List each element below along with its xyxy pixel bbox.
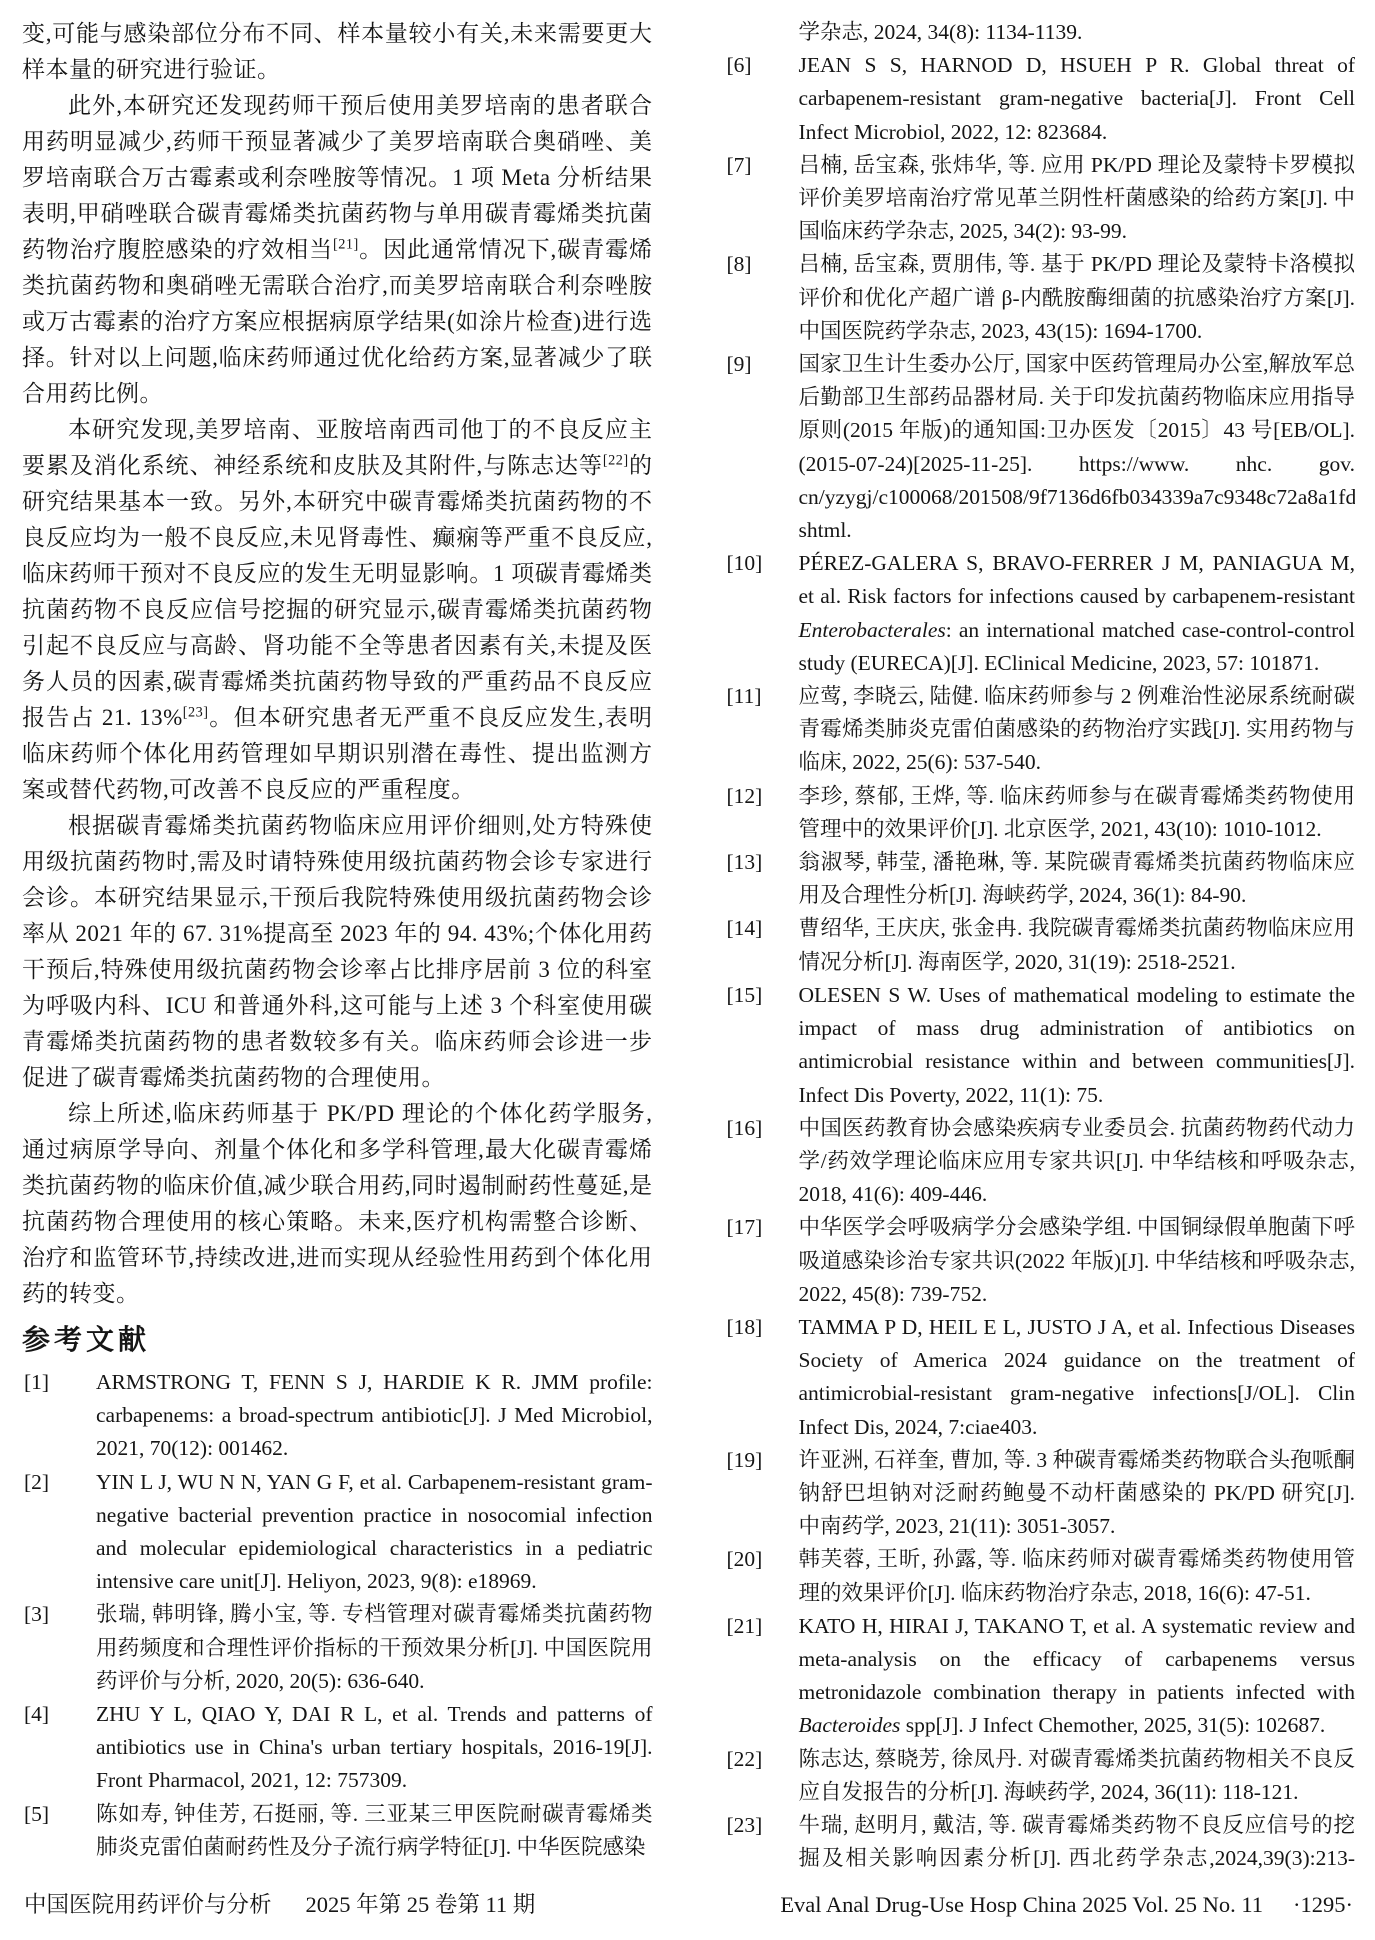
body-paragraph: 根据碳青霉烯类抗菌药物临床应用评价细则,处方特殊使用级抗菌药物时,需及时请特殊使…	[22, 808, 653, 1096]
reference-number: [18]	[727, 1311, 763, 1344]
reference-number: [3]	[24, 1598, 49, 1631]
two-column-layout: 变,可能与感染部位分布不同、样本量较小有关,未来需要更大样本量的研究进行验证。此…	[22, 16, 1355, 1876]
reference-item: [19]许亚洲, 石祥奎, 曹加, 等. 3 种碳青霉烯类药物联合头孢哌酮钠舒巴…	[725, 1444, 1356, 1544]
reference-number: [1]	[24, 1366, 49, 1399]
reference-number: [2]	[24, 1466, 49, 1499]
reference-number: [7]	[727, 149, 752, 182]
reference-item: [2]YIN L J, WU N N, YAN G F, et al. Carb…	[22, 1466, 653, 1599]
reference-item: [10]PÉREZ-GALERA S, BRAVO-FERRER J M, PA…	[725, 547, 1356, 680]
reference-continuation-line: 学杂志, 2024, 34(8): 1134-1139.	[725, 16, 1356, 49]
footer-right: Eval Anal Drug-Use Hosp China 2025 Vol. …	[780, 1890, 1353, 1920]
reference-item: [11]应莺, 李晓云, 陆健. 临床药师参与 2 例难治性泌尿系统耐碳青霉烯类…	[725, 680, 1356, 780]
reference-number: [9]	[727, 348, 752, 381]
reference-number: [17]	[727, 1211, 763, 1244]
reference-number: [21]	[727, 1610, 763, 1643]
discussion-paragraphs: 变,可能与感染部位分布不同、样本量较小有关,未来需要更大样本量的研究进行验证。此…	[22, 16, 653, 1312]
reference-item: [16]中国医药教育协会感染疾病专业委员会. 抗菌药物药代动力学/药效学理论临床…	[725, 1112, 1356, 1212]
reference-item: [17]中华医学会呼吸病学分会感染学组. 中国铜绿假单胞菌下呼吸道感染诊治专家共…	[725, 1211, 1356, 1311]
page-number: ·1295·	[1293, 1892, 1353, 1917]
reference-number: [5]	[24, 1798, 49, 1831]
reference-item: [3]张瑞, 韩明锋, 腾小宝, 等. 专档管理对碳青霉烯类抗菌药物用药频度和合…	[22, 1598, 653, 1698]
reference-item: [23]牛瑞, 赵明月, 戴洁, 等. 碳青霉烯类药物不良反应信号的挖掘及相关影…	[725, 1809, 1356, 1876]
reference-number: [12]	[727, 780, 763, 813]
journal-title-en: Eval Anal Drug-Use Hosp China 2025 Vol. …	[780, 1892, 1263, 1917]
italic-species-name: Bacteroides	[799, 1713, 901, 1737]
journal-title-cn: 中国医院用药评价与分析	[24, 1892, 272, 1917]
reference-item: [13]翁淑琴, 韩莹, 潘艳琳, 等. 某院碳青霉烯类抗菌药物临床应用及合理性…	[725, 846, 1356, 912]
page-footer: 中国医院用药评价与分析2025 年第 25 卷第 11 期 Eval Anal …	[22, 1876, 1355, 1928]
body-paragraph: 此外,本研究还发现药师干预后使用美罗培南的患者联合用药明显减少,药师干预显著减少…	[22, 88, 653, 412]
journal-issue-cn: 2025 年第 25 卷第 11 期	[306, 1892, 536, 1917]
reference-item: [8]吕楠, 岳宝森, 贾朋伟, 等. 基于 PK/PD 理论及蒙特卡洛模拟评价…	[725, 248, 1356, 348]
citation-superscript: [21]	[333, 236, 359, 252]
reference-number: [15]	[727, 979, 763, 1012]
reference-item: [1]ARMSTRONG T, FENN S J, HARDIE K R. JM…	[22, 1366, 653, 1466]
reference-number: [11]	[727, 680, 762, 713]
citation-superscript: [23]	[183, 704, 209, 720]
body-paragraph: 综上所述,临床药师基于 PK/PD 理论的个体化药学服务,通过病原学导向、剂量个…	[22, 1096, 653, 1312]
journal-page: 变,可能与感染部位分布不同、样本量较小有关,未来需要更大样本量的研究进行验证。此…	[0, 0, 1375, 1940]
reference-number: [22]	[727, 1743, 763, 1776]
reference-item: [15]OLESEN S W. Uses of mathematical mod…	[725, 979, 1356, 1112]
body-paragraph: 本研究发现,美罗培南、亚胺培南西司他丁的不良反应主要累及消化系统、神经系统和皮肤…	[22, 412, 653, 808]
reference-number: [4]	[24, 1698, 49, 1731]
references-list-right: [6]JEAN S S, HARNOD D, HSUEH P R. Global…	[725, 49, 1356, 1876]
reference-number: [16]	[727, 1112, 763, 1145]
reference-item: [4]ZHU Y L, QIAO Y, DAI R L, et al. Tren…	[22, 1698, 653, 1798]
reference-number: [6]	[727, 49, 752, 82]
left-column: 变,可能与感染部位分布不同、样本量较小有关,未来需要更大样本量的研究进行验证。此…	[22, 16, 653, 1876]
reference-item: [22]陈志达, 蔡晓芳, 徐凤丹. 对碳青霉烯类抗菌药物相关不良反应自发报告的…	[725, 1743, 1356, 1809]
reference-item: [12]李珍, 蔡郁, 王烨, 等. 临床药师参与在碳青霉烯类药物使用管理中的效…	[725, 780, 1356, 846]
italic-species-name: Enterobacterales	[799, 618, 946, 642]
reference-item: [6]JEAN S S, HARNOD D, HSUEH P R. Global…	[725, 49, 1356, 149]
reference-number: [19]	[727, 1444, 763, 1477]
right-column: 学杂志, 2024, 34(8): 1134-1139. [6]JEAN S S…	[725, 16, 1356, 1876]
references-list-left: [1]ARMSTRONG T, FENN S J, HARDIE K R. JM…	[22, 1366, 653, 1864]
reference-item: [18]TAMMA P D, HEIL E L, JUSTO J A, et a…	[725, 1311, 1356, 1444]
reference-item: [5]陈如寿, 钟佳芳, 石挺丽, 等. 三亚某三甲医院耐碳青霉烯类肺炎克雷伯菌…	[22, 1798, 653, 1864]
reference-item: [7]吕楠, 岳宝森, 张炜华, 等. 应用 PK/PD 理论及蒙特卡罗模拟评价…	[725, 149, 1356, 249]
body-paragraph: 变,可能与感染部位分布不同、样本量较小有关,未来需要更大样本量的研究进行验证。	[22, 16, 653, 88]
reference-number: [23]	[727, 1809, 763, 1842]
reference-number: [20]	[727, 1543, 763, 1576]
citation-superscript: [22]	[603, 452, 629, 468]
reference-number: [10]	[727, 547, 763, 580]
reference-item: [9]国家卫生计生委办公厅, 国家中医药管理局办公室,解放军总后勤部卫生部药品器…	[725, 348, 1356, 547]
reference-item: [20]韩芙蓉, 王昕, 孙露, 等. 临床药师对碳青霉烯类药物使用管理的效果评…	[725, 1543, 1356, 1609]
reference-number: [13]	[727, 846, 763, 879]
reference-item: [14]曹绍华, 王庆庆, 张金冉. 我院碳青霉烯类抗菌药物临床应用情况分析[J…	[725, 912, 1356, 978]
reference-number: [14]	[727, 912, 763, 945]
reference-number: [8]	[727, 248, 752, 281]
references-heading: 参考文献	[22, 1320, 653, 1360]
footer-left: 中国医院用药评价与分析2025 年第 25 卷第 11 期	[24, 1890, 535, 1920]
reference-item: [21]KATO H, HIRAI J, TAKANO T, et al. A …	[725, 1610, 1356, 1743]
